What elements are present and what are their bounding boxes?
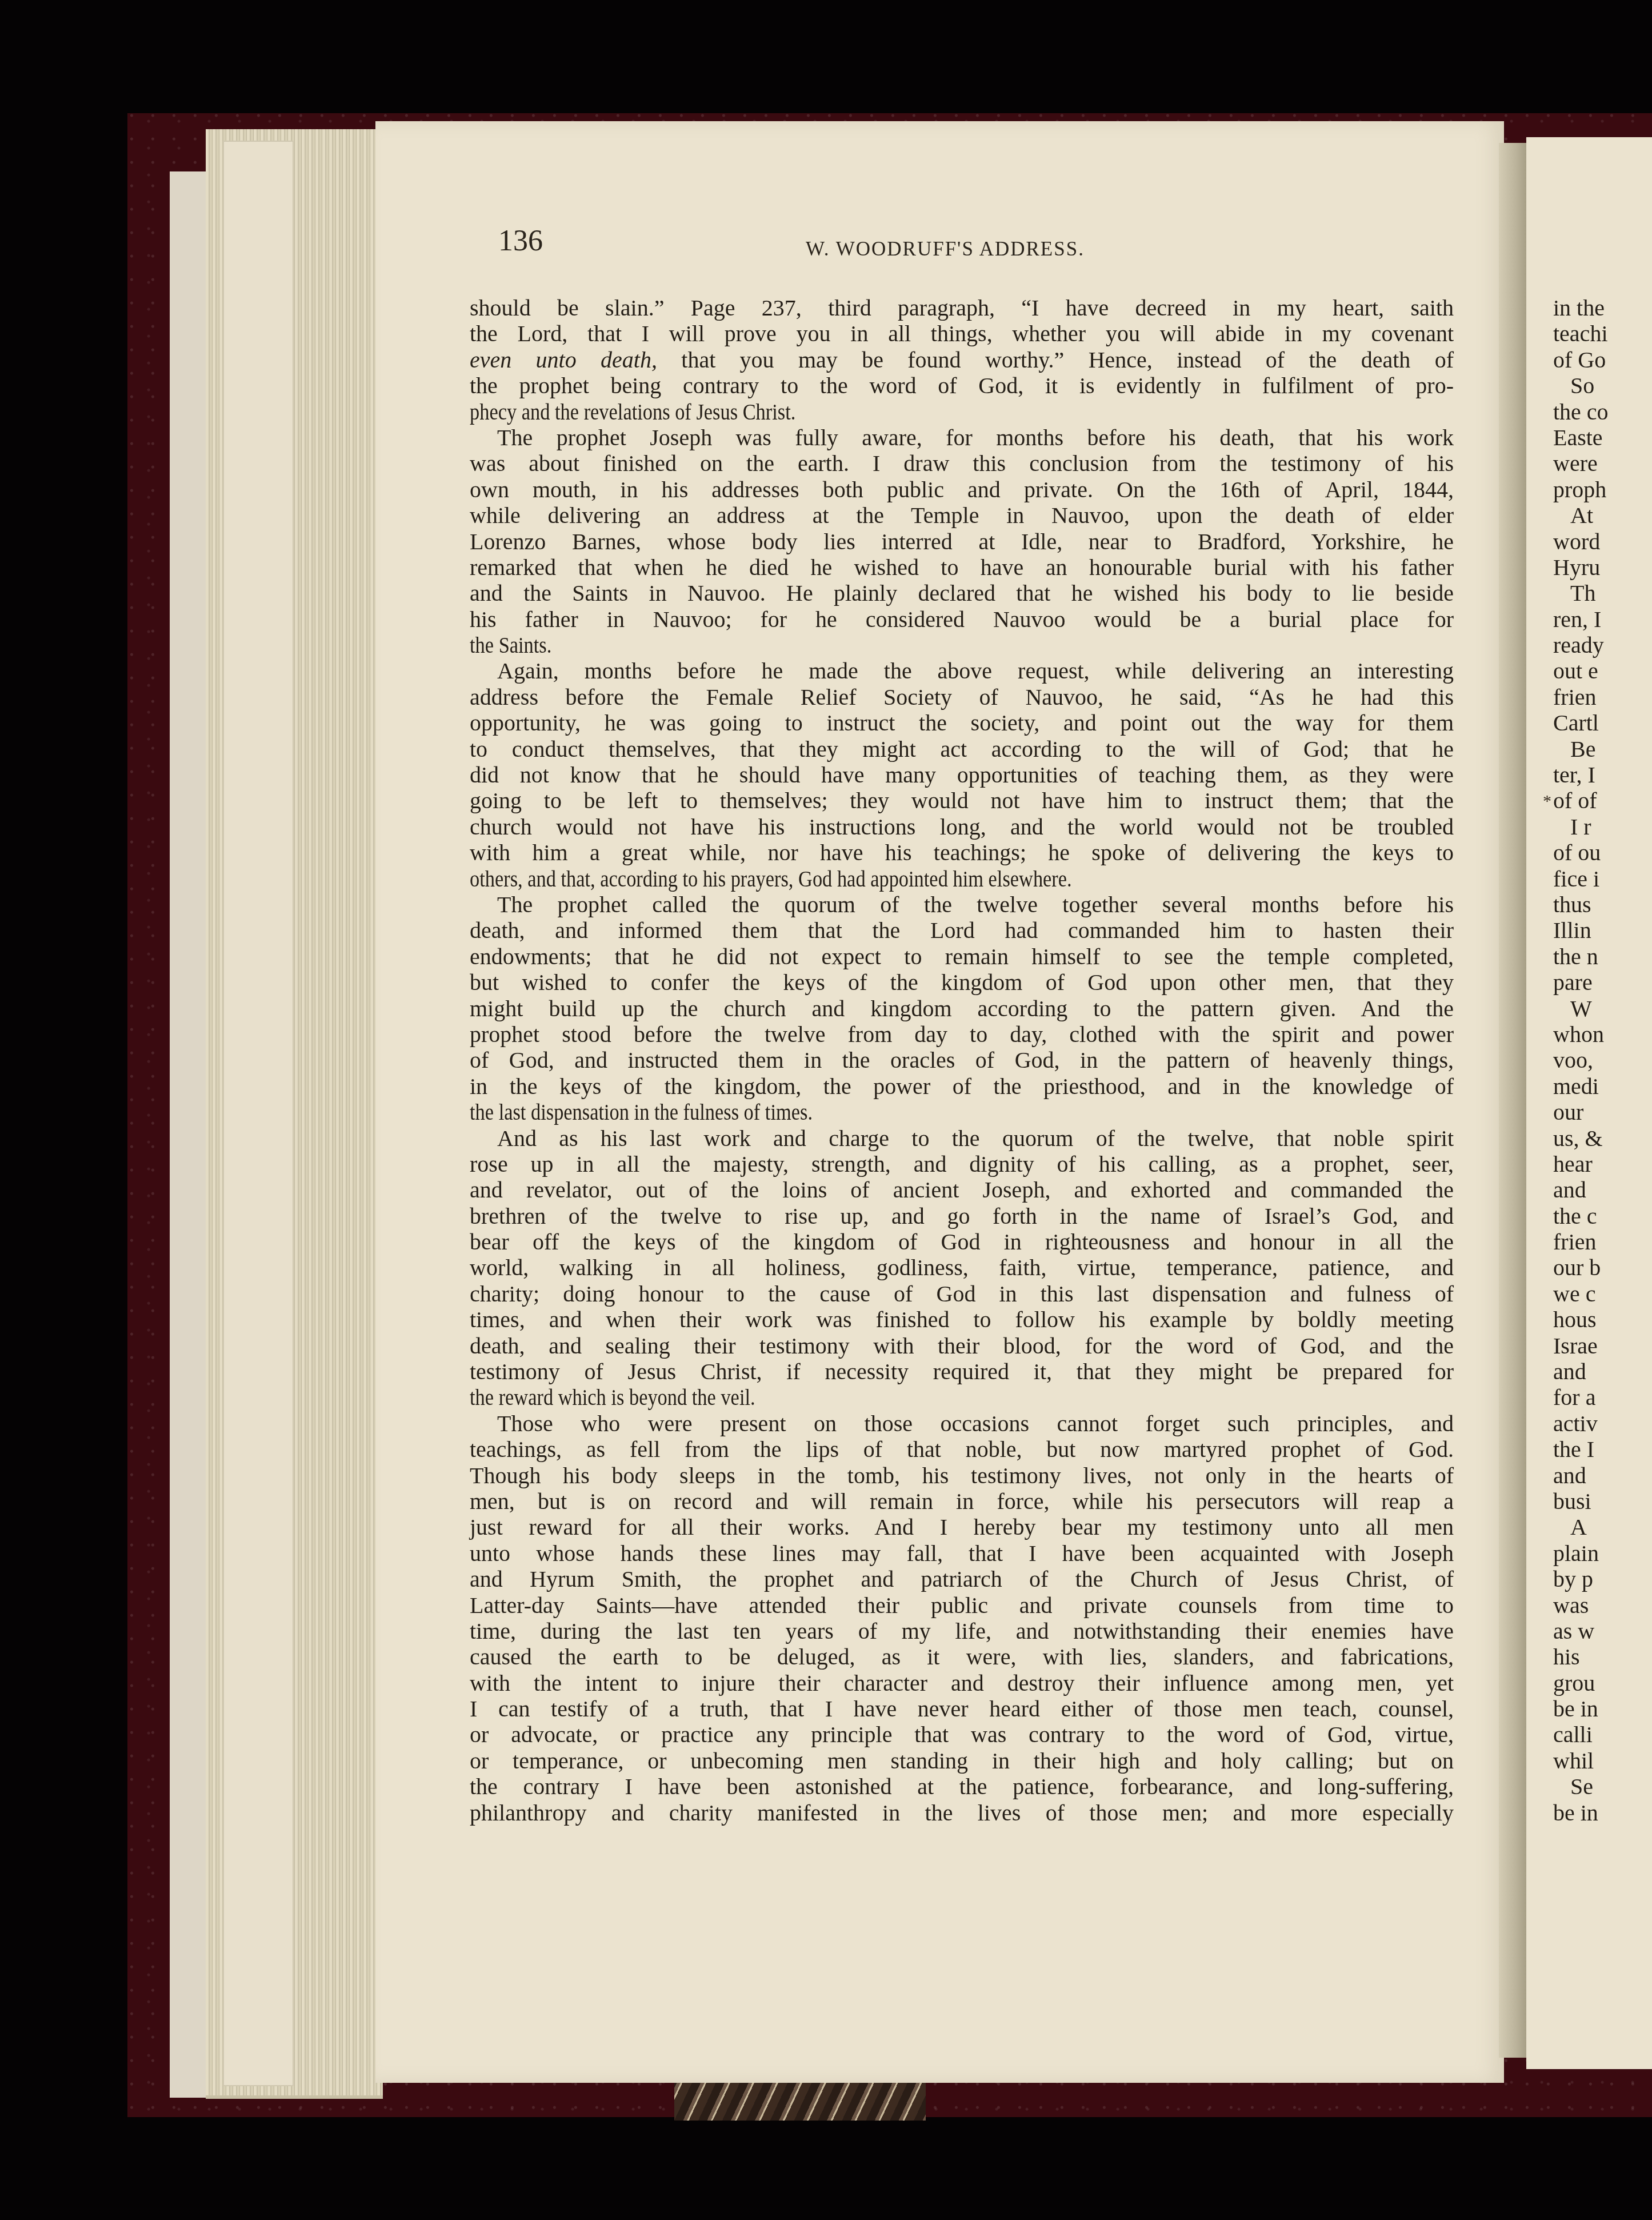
text-line-content: church would not have his instructions l… bbox=[470, 814, 1454, 840]
text-line: phecy and the revelations of Jesus Chris… bbox=[470, 399, 1316, 425]
text-line-content: to conduct themselves, that they might a… bbox=[470, 736, 1454, 762]
text-line: times, and when their work was finished … bbox=[470, 1307, 1454, 1332]
margin-mark: * bbox=[1543, 792, 1551, 811]
right-text-fragment: we c bbox=[1553, 1281, 1609, 1307]
right-text-fragment: us, & bbox=[1553, 1125, 1609, 1151]
text-line: and the Saints in Nauvoo. He plainly dec… bbox=[470, 580, 1454, 606]
text-line: the last dispensation in the fulness of … bbox=[470, 1099, 1316, 1125]
right-text-fragment: Th bbox=[1553, 580, 1609, 606]
text-line-content: Lorenzo Barnes, whose body lies interred… bbox=[470, 529, 1454, 554]
right-text-fragment: calli bbox=[1553, 1722, 1609, 1747]
right-text-fragment: was bbox=[1553, 1592, 1609, 1618]
right-text-fragment: of Go bbox=[1553, 347, 1609, 373]
right-text-fragment: fice i bbox=[1553, 866, 1609, 892]
right-text-fragment: his bbox=[1553, 1644, 1609, 1670]
right-text-fragment: and bbox=[1553, 1359, 1609, 1384]
right-text-fragment: frien bbox=[1553, 684, 1609, 710]
text-line-content: testimony of Jesus Christ, if necessity … bbox=[470, 1359, 1454, 1384]
right-text-fragment: teachi bbox=[1553, 321, 1609, 346]
text-line: church would not have his instructions l… bbox=[470, 814, 1454, 840]
text-line: teachings, as fell from the lips of that… bbox=[470, 1436, 1454, 1462]
page-number: 136 bbox=[498, 224, 543, 258]
text-line-content: the prophet being contrary to the word o… bbox=[470, 373, 1454, 398]
text-line-content: Again, months before he made the above r… bbox=[497, 658, 1454, 684]
text-line: the reward which is beyond the veil. bbox=[470, 1384, 1316, 1410]
text-line-content: Though his body sleeps in the tomb, his … bbox=[470, 1463, 1454, 1488]
right-text-fragment: were bbox=[1553, 450, 1609, 476]
right-text-fragment: and bbox=[1553, 1463, 1609, 1488]
text-line: The prophet Joseph was fully aware, for … bbox=[470, 425, 1454, 450]
text-line: charity; doing honour to the cause of Go… bbox=[470, 1281, 1454, 1307]
text-line-content: teachings, as fell from the lips of that… bbox=[470, 1436, 1454, 1462]
right-text-fragment: At bbox=[1553, 502, 1609, 528]
text-line: Those who were present on those occasion… bbox=[470, 1411, 1454, 1436]
text-line-content: and the Saints in Nauvoo. He plainly dec… bbox=[470, 580, 1454, 606]
text-line-content: should be slain.” Page 237, third paragr… bbox=[470, 295, 1454, 321]
right-text-fragment: the I bbox=[1553, 1436, 1609, 1462]
right-text-fragment: as w bbox=[1553, 1618, 1609, 1644]
right-text-fragment: A bbox=[1553, 1514, 1609, 1540]
text-line: the Saints. bbox=[470, 632, 1316, 658]
right-text-fragment: voo, bbox=[1553, 1047, 1609, 1073]
text-line-content: And as his last work and charge to the q… bbox=[497, 1125, 1454, 1151]
right-text-fragment: So bbox=[1553, 373, 1609, 398]
text-line: the Lord, that I will prove you in all t… bbox=[470, 321, 1454, 346]
text-line: should be slain.” Page 237, third paragr… bbox=[470, 295, 1454, 321]
right-text-fragment: ter, I bbox=[1553, 762, 1609, 788]
page-edges-stack bbox=[206, 129, 383, 2099]
text-line-content: his father in Nauvoo; for he considered … bbox=[470, 606, 1454, 632]
text-line: even unto death, that you may be found w… bbox=[470, 347, 1454, 373]
text-line: testimony of Jesus Christ, if necessity … bbox=[470, 1359, 1454, 1384]
text-line-content: remarked that when he died he wished to … bbox=[470, 554, 1454, 580]
right-text-fragment: frien bbox=[1553, 1229, 1609, 1255]
text-line: with the intent to injure their characte… bbox=[470, 1670, 1454, 1696]
text-line: but wished to confer the keys of the kin… bbox=[470, 969, 1454, 995]
right-text-fragment: the co bbox=[1553, 399, 1609, 425]
text-line: death, and sealing their testimony with … bbox=[470, 1333, 1454, 1359]
text-line: The prophet called the quorum of the twe… bbox=[470, 892, 1454, 917]
right-text-fragment: for a bbox=[1553, 1384, 1609, 1410]
right-text-fragment: medi bbox=[1553, 1073, 1609, 1099]
text-line: time, during the last ten years of my li… bbox=[470, 1618, 1454, 1644]
text-line-content: bear off the keys of the kingdom of God … bbox=[470, 1229, 1454, 1255]
right-text-fragment: hear bbox=[1553, 1151, 1609, 1177]
right-text-fragment: of of bbox=[1553, 788, 1609, 813]
body-text: should be slain.” Page 237, third paragr… bbox=[470, 295, 1454, 1826]
text-line-content: and Hyrum Smith, the prophet and patriar… bbox=[470, 1566, 1454, 1592]
text-line-content: phecy and the revelations of Jesus Chris… bbox=[470, 399, 795, 425]
text-line-content: in the keys of the kingdom, the power of… bbox=[470, 1073, 1454, 1099]
text-line-content: going to be left to themselves; they wou… bbox=[470, 788, 1454, 813]
text-line: and revelator, out of the loins of ancie… bbox=[470, 1177, 1454, 1203]
text-line: philanthropy and charity manifested in t… bbox=[470, 1800, 1454, 1826]
text-line: remarked that when he died he wished to … bbox=[470, 554, 1454, 580]
right-text-fragment: out e bbox=[1553, 658, 1609, 684]
text-line-content: address before the Female Relief Society… bbox=[470, 684, 1454, 710]
text-line-content: that you may be found worthy.” Hence, in… bbox=[657, 347, 1454, 373]
text-line: Again, months before he made the above r… bbox=[470, 658, 1454, 684]
right-text-fragment: ren, I bbox=[1553, 606, 1609, 632]
text-line: did not know that he should have many op… bbox=[470, 762, 1454, 788]
right-text-fragment: activ bbox=[1553, 1411, 1609, 1436]
right-text-fragment: whil bbox=[1553, 1748, 1609, 1774]
text-line: and Hyrum Smith, the prophet and patriar… bbox=[470, 1566, 1454, 1592]
text-line-content: brethren of the twelve to rise up, and g… bbox=[470, 1203, 1454, 1229]
text-line: men, but is on record and will remain in… bbox=[470, 1488, 1454, 1514]
right-text-fragment: hous bbox=[1553, 1307, 1609, 1332]
text-line: just reward for all their works. And I h… bbox=[470, 1514, 1454, 1540]
text-line: Lorenzo Barnes, whose body lies interred… bbox=[470, 529, 1454, 554]
right-text-fragment: grou bbox=[1553, 1670, 1609, 1696]
text-line: his father in Nauvoo; for he considered … bbox=[470, 606, 1454, 632]
text-line-content: I can testify of a truth, that I have ne… bbox=[470, 1696, 1454, 1722]
text-line-content: the contrary I have been astonished at t… bbox=[470, 1774, 1454, 1799]
right-text-fragment: Be bbox=[1553, 736, 1609, 762]
text-line: while delivering an address at the Templ… bbox=[470, 502, 1454, 528]
text-line: might build up the church and kingdom ac… bbox=[470, 996, 1454, 1021]
text-line-content: caused the earth to be deluged, as it we… bbox=[470, 1644, 1454, 1670]
right-text-fragment: word bbox=[1553, 529, 1609, 554]
text-line-content: unto whose hands these lines may fall, t… bbox=[470, 1540, 1454, 1566]
text-line: or advocate, or practice any principle t… bbox=[470, 1722, 1454, 1747]
right-text-fragment: be in bbox=[1553, 1800, 1609, 1826]
text-line: prophet stood before the twelve from day… bbox=[470, 1021, 1454, 1047]
right-text-fragment: Hyru bbox=[1553, 554, 1609, 580]
text-line-content: was about finished on the earth. I draw … bbox=[470, 450, 1454, 476]
text-line-content: but wished to confer the keys of the kin… bbox=[470, 969, 1454, 995]
text-line: world, walking in all holiness, godlines… bbox=[470, 1255, 1454, 1280]
text-line: address before the Female Relief Society… bbox=[470, 684, 1454, 710]
text-line-content: just reward for all their works. And I h… bbox=[470, 1514, 1454, 1540]
right-text-fragment: Se bbox=[1553, 1774, 1609, 1799]
right-text-fragment: by p bbox=[1553, 1566, 1609, 1592]
text-line: rose up in all the majesty, strength, an… bbox=[470, 1151, 1454, 1177]
text-line: was about finished on the earth. I draw … bbox=[470, 450, 1454, 476]
text-line-content: or temperance, or unbecoming men standin… bbox=[470, 1748, 1454, 1774]
right-text-fragment: plain bbox=[1553, 1540, 1609, 1566]
right-text-fragment: Illin bbox=[1553, 917, 1609, 943]
text-line-content: charity; doing honour to the cause of Go… bbox=[470, 1281, 1454, 1307]
right-text-fragment: Israe bbox=[1553, 1333, 1609, 1359]
right-text-fragment: W bbox=[1553, 996, 1609, 1021]
text-line: bear off the keys of the kingdom of God … bbox=[470, 1229, 1454, 1255]
right-text-fragment: whon bbox=[1553, 1021, 1609, 1047]
text-line-content: Those who were present on those occasion… bbox=[497, 1411, 1454, 1436]
text-line: And as his last work and charge to the q… bbox=[470, 1125, 1454, 1151]
text-line-content: the last dispensation in the fulness of … bbox=[470, 1099, 813, 1125]
book-gutter bbox=[1499, 143, 1526, 2058]
right-text-fragment: be in bbox=[1553, 1696, 1609, 1722]
text-line-content: others, and that, according to his praye… bbox=[470, 866, 1072, 892]
text-line: of God, and instructed them in the oracl… bbox=[470, 1047, 1454, 1073]
text-line-content: the reward which is beyond the veil. bbox=[470, 1384, 755, 1410]
text-line-content: of God, and instructed them in the oracl… bbox=[470, 1047, 1454, 1073]
text-line-content: with the intent to injure their characte… bbox=[470, 1670, 1454, 1696]
text-line-content: might build up the church and kingdom ac… bbox=[470, 996, 1454, 1021]
right-text-fragment: thus bbox=[1553, 892, 1609, 917]
right-text-fragment: I r bbox=[1553, 814, 1609, 840]
page-edge bbox=[223, 141, 294, 2086]
text-line-content: opportunity, he was going to instruct th… bbox=[470, 710, 1454, 736]
text-line-content: The prophet Joseph was fully aware, for … bbox=[497, 425, 1454, 450]
text-line: caused the earth to be deluged, as it we… bbox=[470, 1644, 1454, 1670]
running-head: W. WOODRUFF'S ADDRESS. bbox=[806, 238, 1085, 261]
right-text-fragment: in the bbox=[1553, 295, 1609, 321]
right-text-fragment: Cartl bbox=[1553, 710, 1609, 736]
right-text-fragment: proph bbox=[1553, 477, 1609, 502]
text-line: the contrary I have been astonished at t… bbox=[470, 1774, 1454, 1799]
text-line-content: the Lord, that I will prove you in all t… bbox=[470, 321, 1454, 346]
text-line: own mouth, in his addresses both public … bbox=[470, 477, 1454, 502]
text-line: I can testify of a truth, that I have ne… bbox=[470, 1696, 1454, 1722]
text-line-content: or advocate, or practice any principle t… bbox=[470, 1722, 1454, 1747]
text-line-content: time, during the last ten years of my li… bbox=[470, 1618, 1454, 1644]
text-line: opportunity, he was going to instruct th… bbox=[470, 710, 1454, 736]
right-text-fragment: and bbox=[1553, 1177, 1609, 1203]
text-line-content: and revelator, out of the loins of ancie… bbox=[470, 1177, 1454, 1203]
text-line: in the keys of the kingdom, the power of… bbox=[470, 1073, 1454, 1099]
text-line: Latter-day Saints—have attended their pu… bbox=[470, 1592, 1454, 1618]
text-line-content: The prophet called the quorum of the twe… bbox=[497, 892, 1454, 917]
text-line: others, and that, according to his praye… bbox=[470, 866, 1316, 892]
text-line: or temperance, or unbecoming men standin… bbox=[470, 1748, 1454, 1774]
right-text-fragment: the n bbox=[1553, 944, 1609, 969]
italic-phrase: even unto death, bbox=[470, 347, 657, 373]
right-text-fragment: our b bbox=[1553, 1255, 1609, 1280]
text-line-content: death, and informed them that the Lord h… bbox=[470, 917, 1454, 943]
right-text-fragment: ready bbox=[1553, 632, 1609, 658]
text-line-content: own mouth, in his addresses both public … bbox=[470, 477, 1454, 502]
text-line-content: Latter-day Saints—have attended their pu… bbox=[470, 1592, 1454, 1618]
text-line-content: philanthropy and charity manifested in t… bbox=[470, 1800, 1454, 1826]
text-line-content: rose up in all the majesty, strength, an… bbox=[470, 1151, 1454, 1177]
text-line: death, and informed them that the Lord h… bbox=[470, 917, 1454, 943]
right-text-fragment: our bbox=[1553, 1099, 1609, 1125]
text-line-content: times, and when their work was finished … bbox=[470, 1307, 1454, 1332]
text-line-content: endowments; that he did not expect to re… bbox=[470, 944, 1454, 969]
right-page: in theteachiof GoSothe coEastewereprophA… bbox=[1526, 137, 1652, 2069]
text-line: to conduct themselves, that they might a… bbox=[470, 736, 1454, 762]
text-line-content: death, and sealing their testimony with … bbox=[470, 1333, 1454, 1359]
right-page-text-fragments: in theteachiof GoSothe coEastewereprophA… bbox=[1553, 295, 1609, 1826]
text-line: with him a great while, nor have his tea… bbox=[470, 840, 1454, 865]
right-text-fragment: busi bbox=[1553, 1488, 1609, 1514]
text-line-content: world, walking in all holiness, godlines… bbox=[470, 1255, 1454, 1280]
text-line-content: with him a great while, nor have his tea… bbox=[470, 840, 1454, 865]
text-line: endowments; that he did not expect to re… bbox=[470, 944, 1454, 969]
right-text-fragment: the c bbox=[1553, 1203, 1609, 1229]
text-line-content: the Saints. bbox=[470, 632, 551, 658]
text-line: unto whose hands these lines may fall, t… bbox=[470, 1540, 1454, 1566]
right-text-fragment: pare bbox=[1553, 969, 1609, 995]
text-line: going to be left to themselves; they wou… bbox=[470, 788, 1454, 813]
text-line: brethren of the twelve to rise up, and g… bbox=[470, 1203, 1454, 1229]
right-text-fragment: of ou bbox=[1553, 840, 1609, 865]
text-line-content: men, but is on record and will remain in… bbox=[470, 1488, 1454, 1514]
text-line-content: did not know that he should have many op… bbox=[470, 762, 1454, 788]
text-line: the prophet being contrary to the word o… bbox=[470, 373, 1454, 398]
text-line-content: while delivering an address at the Templ… bbox=[470, 502, 1454, 528]
text-line: Though his body sleeps in the tomb, his … bbox=[470, 1463, 1454, 1488]
text-line-content: prophet stood before the twelve from day… bbox=[470, 1021, 1454, 1047]
right-text-fragment: Easte bbox=[1553, 425, 1609, 450]
